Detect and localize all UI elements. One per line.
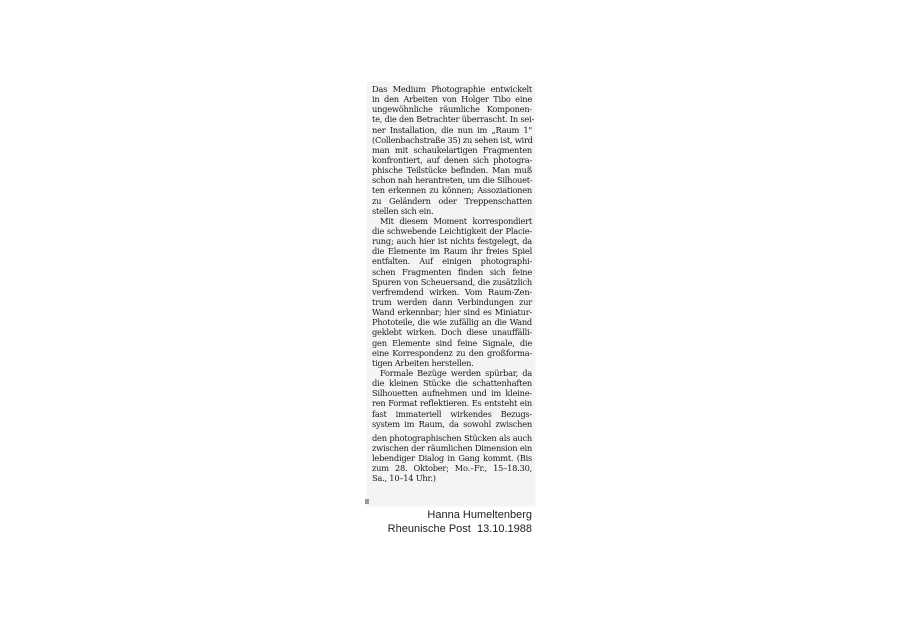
article-line: schon nah herantreten, um die Silhouet- [372, 175, 532, 185]
article-line: die schwebende Leichtigkeit der Placie- [372, 226, 532, 236]
article-line: phische Teilstücke befinden. Man muß [372, 165, 532, 175]
article-line: Sa., 10–14 Uhr.) [372, 473, 532, 483]
article-line: ren Format reflektieren. Es entsteht ein [372, 398, 532, 408]
article-line: in den Arbeiten von Holger Tibo eine [372, 94, 532, 104]
article-line: Wand erkennbar; hier sind es Miniatur- [372, 307, 532, 317]
article-line: entfalten. Auf einigen photographi- [372, 256, 532, 266]
article-line: konfrontiert, auf denen sich photogra- [372, 155, 532, 165]
article-line: zwischen der räumlichen Dimension ein [372, 443, 532, 453]
article-paragraph: Das Medium Photographie entwickeltin den… [372, 84, 532, 216]
article-line: den photographischen Stücken als auch [372, 433, 532, 443]
article-line: Phototeile, die wie zufällig an die Wand [372, 317, 532, 327]
article-line: trum werden dann Verbindungen zur [372, 297, 532, 307]
author-name: Hanna Humeltenberg [370, 509, 532, 523]
article-line: ten erkennen zu können; Assoziationen [372, 185, 532, 195]
article-line: tigen Arbeiten herstellen. [372, 358, 532, 368]
article-line: te, die den Betrachter überrascht. In se… [372, 114, 532, 124]
article-line: Silhouetten aufnehmen und im kleine- [372, 388, 532, 398]
article-line: zum 28. Oktober; Mo.–Fr., 15–18.30, [372, 463, 532, 473]
source-and-date: Rheunische Post 13.10.1988 [370, 523, 532, 537]
article-line: stellen sich ein. [372, 206, 532, 216]
article-line: schen Fragmenten finden sich feine [372, 267, 532, 277]
article-paragraph: Formale Bezüge werden spürbar, dadie kle… [372, 368, 532, 429]
article-line: Mit diesem Moment korrespondiert [372, 216, 532, 226]
article-line: lebendiger Dialog in Gang kommt. (Bis [372, 453, 532, 463]
byline: Hanna Humeltenberg Rheunische Post 13.10… [370, 509, 532, 536]
article-line: eine Korrespondenz zu den großforma- [372, 348, 532, 358]
article-line: fast immateriell wirkendes Bezugs- [372, 409, 532, 419]
article-line: zu Geländern oder Treppenschatten [372, 196, 532, 206]
article-paragraph: Mit diesem Moment korrespondiertdie schw… [372, 216, 532, 368]
article-line: (Collenbachstraße 35) zu sehen ist, wird [372, 135, 532, 145]
scan-artifact [365, 499, 369, 504]
newspaper-clipping: Das Medium Photographie entwickeltin den… [367, 82, 535, 506]
article-line: verfremdend wirken. Vom Raum-Zen- [372, 287, 532, 297]
article-line: Formale Bezüge werden spürbar, da [372, 368, 532, 378]
article-paragraph: den photographischen Stücken als auchzwi… [372, 433, 532, 484]
article-line: man mit schaukelartigen Fragmenten [372, 145, 532, 155]
article-line: ner Installation, die nun im „Raum 1" [372, 125, 532, 135]
article-line: geklebt wirken. Doch diese unauffälli- [372, 327, 532, 337]
article-line: gen Elemente sind feine Signale, die [372, 338, 532, 348]
article-body: Das Medium Photographie entwickeltin den… [372, 84, 532, 483]
article-line: ungewöhnliche räumliche Komponen- [372, 104, 532, 114]
article-line: die kleinen Stücke die schattenhaften [372, 378, 532, 388]
article-line: rung; auch hier ist nichts festgelegt, d… [372, 236, 532, 246]
article-line: Das Medium Photographie entwickelt [372, 84, 532, 94]
article-line: die Elemente im Raum ihr freies Spiel [372, 246, 532, 256]
article-line: system im Raum, da sowohl zwischen [372, 419, 532, 429]
article-line: Spuren von Scheuersand, die zusätzlich [372, 277, 532, 287]
